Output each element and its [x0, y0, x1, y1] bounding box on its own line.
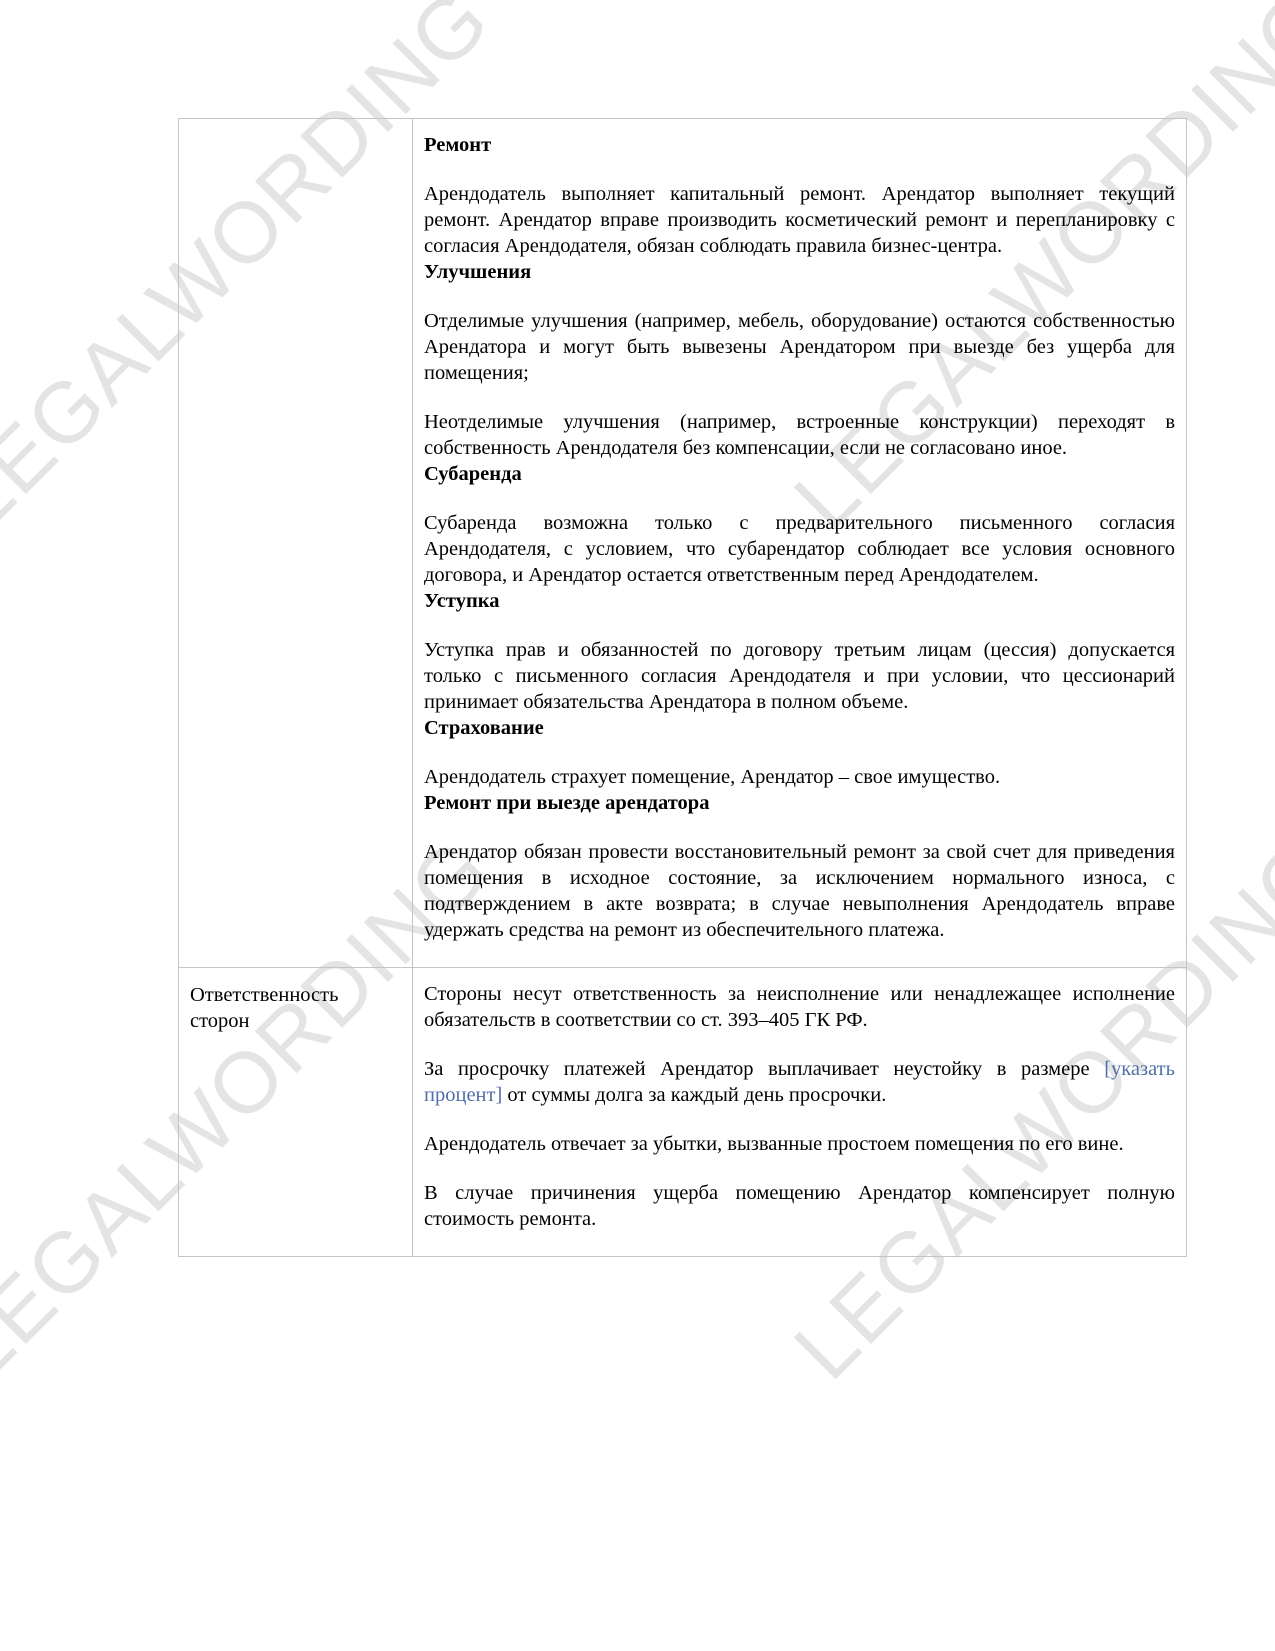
- section-improvements: Улучшения Отделимые улучшения (например,…: [424, 259, 1175, 461]
- section-heading: Ремонт при выезде арендатора: [424, 790, 1175, 816]
- table-row: Ответственность сторон Стороны несут отв…: [179, 968, 1187, 1257]
- section-paragraph: Арендатор обязан провести восстановитель…: [424, 839, 1175, 943]
- section-paragraph: Арендодатель страхует помещение, Арендат…: [424, 764, 1175, 790]
- liability-paragraph: Стороны несут ответственность за неиспол…: [424, 981, 1175, 1033]
- contract-terms-table: Ремонт Арендодатель выполняет капитальны…: [178, 118, 1187, 1257]
- table-row: Ремонт Арендодатель выполняет капитальны…: [179, 119, 1187, 968]
- section-sublease: Субаренда Субаренда возможна только с пр…: [424, 461, 1175, 588]
- liability-penalty-paragraph: За просрочку платежей Арендатор выплачив…: [424, 1056, 1175, 1108]
- section-insurance: Страхование Арендодатель страхует помеще…: [424, 715, 1175, 790]
- section-paragraph: Отделимые улучшения (например, мебель, о…: [424, 308, 1175, 386]
- section-paragraph: Уступка прав и обязанностей по договору …: [424, 637, 1175, 715]
- section-assignment: Уступка Уступка прав и обязанностей по д…: [424, 588, 1175, 715]
- section-heading: Ремонт: [424, 132, 1175, 158]
- section-heading: Страхование: [424, 715, 1175, 741]
- section-exit-repair: Ремонт при выезде арендатора Арендатор о…: [424, 790, 1175, 943]
- section-paragraph: Арендодатель выполняет капитальный ремон…: [424, 181, 1175, 259]
- penalty-text-before: За просрочку платежей Арендатор выплачив…: [424, 1058, 1104, 1080]
- section-heading: Субаренда: [424, 461, 1175, 487]
- section-heading: Уступка: [424, 588, 1175, 614]
- section-paragraph: Неотделимые улучшения (например, встроен…: [424, 409, 1175, 461]
- row-content-premises-terms: Ремонт Арендодатель выполняет капитальны…: [413, 119, 1187, 968]
- section-repair: Ремонт Арендодатель выполняет капитальны…: [424, 132, 1175, 259]
- liability-paragraph: Арендодатель отвечает за убытки, вызванн…: [424, 1131, 1175, 1157]
- penalty-text-after: от суммы долга за каждый день просрочки.: [502, 1084, 886, 1106]
- row-content-liability: Стороны несут ответственность за неиспол…: [413, 968, 1187, 1257]
- row-label-liability: Ответственность сторон: [179, 968, 413, 1257]
- liability-paragraph: В случае причинения ущерба помещению Аре…: [424, 1180, 1175, 1232]
- section-paragraph: Субаренда возможна только с предваритель…: [424, 510, 1175, 588]
- section-heading: Улучшения: [424, 259, 1175, 285]
- row-label-empty: [179, 119, 413, 968]
